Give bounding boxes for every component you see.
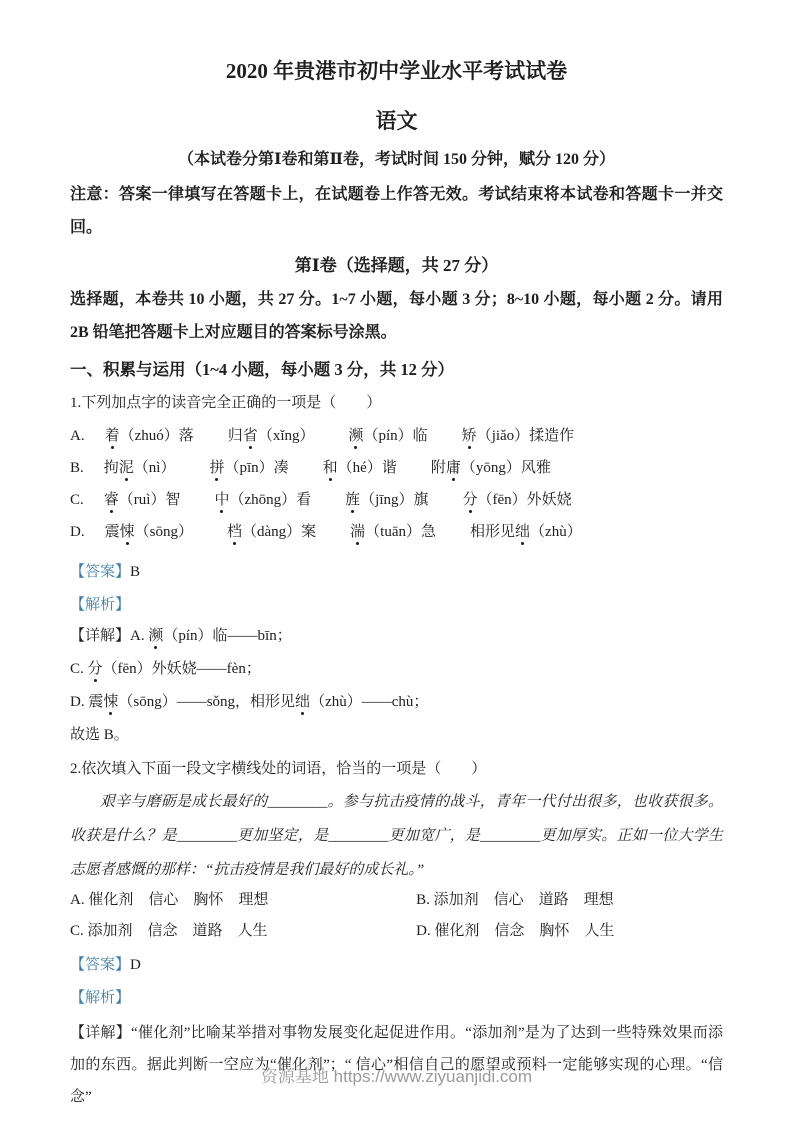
text-segment: 归: [228, 428, 243, 444]
option-item: 旌（jīng）旗: [345, 491, 428, 509]
dotted-char: 和: [323, 459, 338, 477]
q2-option-b: B. 添加剂 信心 道路 理想: [416, 891, 723, 909]
text-segment: （pīn）凑: [224, 460, 288, 476]
text-segment: 震: [105, 524, 120, 540]
dotted-char: 旌: [345, 491, 360, 509]
text-segment: （sōng）——sǒng，相形见: [118, 694, 295, 710]
text-segment: （zhuó）落: [120, 428, 194, 444]
text-segment: （zhù）: [530, 524, 582, 540]
q1-detail-line-1: 【详解】A. 濒（pín）临——bīn；: [70, 627, 723, 645]
dotted-char: 分: [463, 491, 478, 509]
dotted-char: 省: [243, 427, 258, 445]
option-item: 震悚（sōng）: [105, 523, 193, 541]
q1-option-row-d: D.震悚（sōng）档（dàng）案湍（tuān）急相形见绌（zhù）: [70, 523, 723, 541]
dotted-char: 泥: [119, 459, 134, 477]
option-item: 分（fēn）外妖娆: [463, 491, 572, 509]
option-item: 矫（jiǎo）揉造作: [462, 427, 575, 445]
text-segment: （dàng）案: [242, 524, 316, 540]
text-segment: （ruì）智: [119, 492, 181, 508]
dotted-char: 着: [105, 427, 120, 445]
q1-option-row-a: A.着（zhuó）落归省（xǐng）濒（pín）临矫（jiǎo）揉造作: [70, 427, 723, 445]
q1-option-row-c: C.睿（ruì）智中（zhōng）看旌（jīng）旗分（fēn）外妖娆: [70, 491, 723, 509]
text-segment: C.: [70, 661, 88, 677]
text-segment: （sōng）: [135, 524, 193, 540]
q2-answer-label: 【答案】: [70, 957, 130, 973]
q1-detail-line-2: C. 分（fēn）外妖娆——fèn；: [70, 660, 723, 678]
q1-analysis-label: 【解析】: [70, 597, 130, 613]
option-item: 睿（ruì）智: [104, 491, 181, 509]
option-item: 附庸（yōng）风雅: [431, 459, 551, 477]
q1-detail: 【详解】A. 濒（pín）临——bīn；C. 分（fēn）外妖娆——fèn；D.…: [70, 627, 723, 744]
text-segment: 故选 B。: [70, 727, 129, 743]
part1-heading: 一、积累与运用（1~4 小题，每小题 3 分，共 12 分）: [70, 356, 723, 384]
dotted-char: 档: [227, 523, 242, 541]
dotted-char: 濒: [348, 427, 363, 445]
document-title: 2020 年贵港市初中学业水平考试试卷: [70, 56, 723, 86]
text-segment: （pín）临: [364, 428, 428, 444]
q2-answer-value: D: [130, 957, 141, 973]
text-segment: 【详解】A.: [70, 628, 148, 644]
q1-answer-label: 【答案】: [70, 564, 130, 580]
text-segment: （fēn）外妖娆: [478, 492, 572, 508]
option-item: 拼（pīn）凑: [209, 459, 288, 477]
q2-passage: 艰辛与磨砺是成长最好的________。参与抗击疫情的战斗，青年一代付出很多，也…: [70, 785, 723, 887]
text-segment: （nì）: [134, 460, 176, 476]
dotted-char: 庸: [446, 459, 461, 477]
option-item: 拘泥（nì）: [104, 459, 176, 477]
q1-answer-value: B: [130, 564, 140, 580]
q1-detail-line-4: 故选 B。: [70, 726, 723, 744]
text-segment: （pín）临——bīn；: [163, 628, 291, 644]
section1-heading: 第Ⅰ卷（选择题，共 27 分）: [70, 252, 723, 280]
q2-analysis-line: 【解析】: [70, 989, 723, 1007]
text-segment: （tuān）急: [365, 524, 436, 540]
option-item: 着（zhuó）落: [105, 427, 194, 445]
dotted-char: 濒: [148, 627, 163, 645]
text-segment: （jīng）旗: [360, 492, 428, 508]
q1-stem: 1.下列加点字的读音完全正确的一项是（ ）: [70, 393, 723, 413]
q1-answer-line: 【答案】B: [70, 563, 723, 581]
q1-option-row-b: B.拘泥（nì）拼（pīn）凑和（hé）谐附庸（yōng）风雅: [70, 459, 723, 477]
dotted-char: 睿: [104, 491, 119, 509]
exam-document-page: 2020 年贵港市初中学业水平考试试卷 语文 （本试卷分第Ⅰ卷和第Ⅱ卷，考试时间…: [0, 0, 793, 1122]
dotted-char: 中: [214, 491, 229, 509]
option-label: D.: [70, 523, 85, 541]
q2-answer-line: 【答案】D: [70, 956, 723, 974]
text-segment: （fēn）外妖娆——fèn；: [103, 661, 261, 677]
text-segment: （xǐng）: [258, 428, 315, 444]
exam-info-line: （本试卷分第Ⅰ卷和第Ⅱ卷，考试时间 150 分钟，赋分 120 分）: [70, 146, 723, 174]
text-segment: 拘: [104, 460, 119, 476]
dotted-char: 湍: [350, 523, 365, 541]
q1-analysis-line: 【解析】: [70, 596, 723, 614]
dotted-char: 绌: [515, 523, 530, 541]
option-item: 中（zhōng）看: [214, 491, 311, 509]
option-label: B.: [70, 459, 84, 477]
dotted-char: 悚: [103, 693, 118, 711]
subject-title: 语文: [70, 106, 723, 136]
option-label: A.: [70, 427, 85, 445]
option-item: 和（hé）谐: [323, 459, 397, 477]
option-item: 归省（xǐng）: [228, 427, 315, 445]
q1-options: A.着（zhuó）落归省（xǐng）濒（pín）临矫（jiǎo）揉造作B.拘泥（…: [70, 427, 723, 541]
dotted-char: 拼: [209, 459, 224, 477]
q2-options: A. 催化剂 信心 胸怀 理想 B. 添加剂 信心 道路 理想 C. 添加剂 信…: [70, 891, 723, 940]
q2-stem: 2.依次填入下面一段文字横线处的词语，恰当的一项是（ ）: [70, 759, 723, 779]
option-item: 相形见绌（zhù）: [470, 523, 582, 541]
dotted-char: 分: [88, 660, 103, 678]
dotted-char: 绌: [295, 693, 310, 711]
q2-option-d: D. 催化剂 信念 胸怀 人生: [416, 922, 723, 940]
text-segment: D. 震: [70, 694, 103, 710]
q2-option-a: A. 催化剂 信心 胸怀 理想: [70, 891, 416, 909]
text-segment: 相形见: [470, 524, 515, 540]
watermark-footer: 资源基地 https://www.ziyuanjidi.com: [0, 1062, 793, 1087]
option-item: 濒（pín）临: [348, 427, 427, 445]
q2-option-c: C. 添加剂 信念 道路 人生: [70, 922, 416, 940]
text-segment: （zhōng）看: [229, 492, 311, 508]
q2-analysis-label: 【解析】: [70, 990, 130, 1006]
text-segment: 附: [431, 460, 446, 476]
option-item: 档（dàng）案: [227, 523, 316, 541]
text-segment: （jiǎo）揉造作: [477, 428, 575, 444]
option-label: C.: [70, 491, 84, 509]
dotted-char: 矫: [462, 427, 477, 445]
exam-notice: 注意：答案一律填写在答题卡上，在试题卷上作答无效。考试结束将本试卷和答题卡一并交…: [70, 178, 723, 244]
dotted-char: 悚: [120, 523, 135, 541]
text-segment: （zhù）——chù；: [310, 694, 428, 710]
option-item: 湍（tuān）急: [350, 523, 436, 541]
q1-detail-line-3: D. 震悚（sōng）——sǒng，相形见绌（zhù）——chù；: [70, 693, 723, 711]
section1-instructions: 选择题，本卷共 10 小题，共 27 分。1~7 小题，每小题 3 分；8~10…: [70, 283, 723, 349]
text-segment: （hé）谐: [338, 460, 397, 476]
text-segment: （yōng）风雅: [461, 460, 551, 476]
